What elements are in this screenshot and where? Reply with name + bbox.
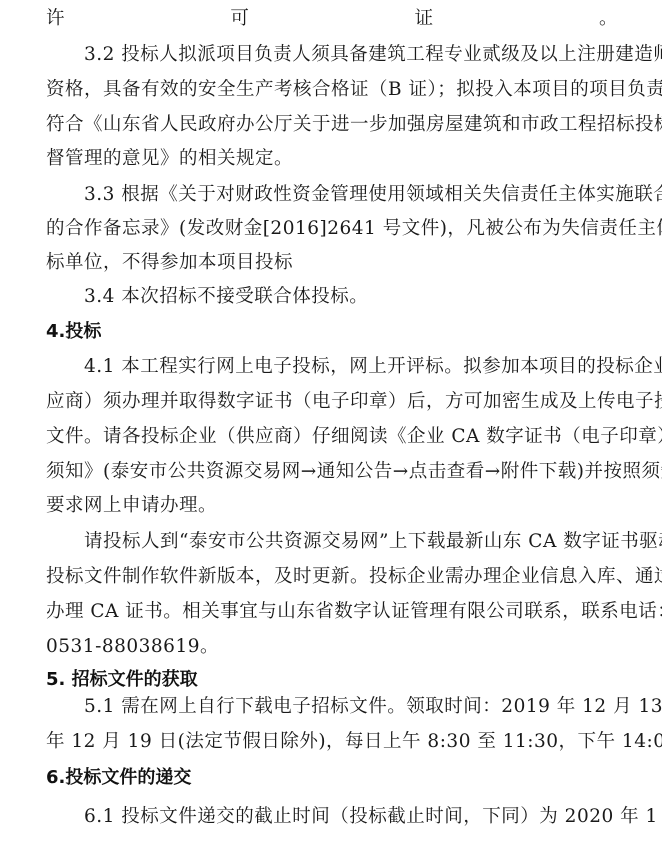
contact-phone: 0531-88038619。 bbox=[46, 630, 618, 664]
body-line: 文件。请各投标企业（供应商）仔细阅读《企业 CA 数字证书（电子印章）办理 bbox=[46, 420, 618, 454]
body-line: 投标文件制作软件新版本，及时更新。投标企业需办理企业信息入库、通过后 bbox=[46, 560, 618, 594]
document-page: 许可证。 3.2 投标人拟派项目负责人须具备建筑工程专业贰级及以上注册建造师执业… bbox=[0, 0, 662, 850]
clause-3-2: 3.2 投标人拟派项目负责人须具备建筑工程专业贰级及以上注册建造师执业 bbox=[84, 38, 618, 72]
body-line: 资格，具备有效的安全生产考核合格证（B 证）；拟投入本项目的项目负责人须 bbox=[46, 73, 618, 107]
ca-notice-paragraph: 请投标人到“泰安市公共资源交易网”上下载最新山东 CA 数字证书驱动、 bbox=[84, 525, 618, 559]
body-line: 督管理的意见》的相关规定。 bbox=[46, 142, 618, 176]
clause-3-3: 3.3 根据《关于对财政性资金管理使用领域相关失信责任主体实施联合惩戒 bbox=[84, 178, 618, 212]
section-heading-4: 4.投标 bbox=[46, 315, 101, 349]
section-heading-6: 6.投标文件的递交 bbox=[46, 761, 191, 795]
clause-3-4: 3.4 本次招标不接受联合体投标。 bbox=[84, 280, 618, 314]
body-line: 符合《山东省人民政府办公厅关于进一步加强房屋建筑和市政工程招标投标监 bbox=[46, 108, 618, 142]
body-line: 须知》(泰安市公共资源交易网→通知公告→点击查看→附件下载)并按照须知 bbox=[46, 455, 618, 489]
body-line: 办理 CA 证书。相关事宜与山东省数字认证管理有限公司联系，联系电话： bbox=[46, 595, 618, 629]
clause-6-1: 6.1 投标文件递交的截止时间（投标截止时间，下同）为 2020 年 1 月 8… bbox=[84, 800, 618, 834]
clause-5-1: 5.1 需在网上自行下载电子招标文件。领取时间：2019 年 12 月 13 日… bbox=[84, 690, 618, 724]
body-line: 许可证。 bbox=[46, 2, 618, 36]
body-line: 应商）须办理并取得数字证书（电子印章）后，方可加密生成及上传电子投标 bbox=[46, 385, 618, 419]
body-line: 年 12 月 19 日(法定节假日除外)，每日上午 8:30 至 11:30，下… bbox=[46, 725, 618, 759]
body-line: 要求网上申请办理。 bbox=[46, 489, 618, 523]
clause-4-1: 4.1 本工程实行网上电子投标，网上开评标。拟参加本项目的投标企业（供 bbox=[84, 350, 618, 384]
body-line: 标单位，不得参加本项目投标 bbox=[46, 246, 618, 280]
body-line: 的合作备忘录》(发改财金[2016]2641 号文件)，凡被公布为失信责任主体的… bbox=[46, 212, 618, 246]
